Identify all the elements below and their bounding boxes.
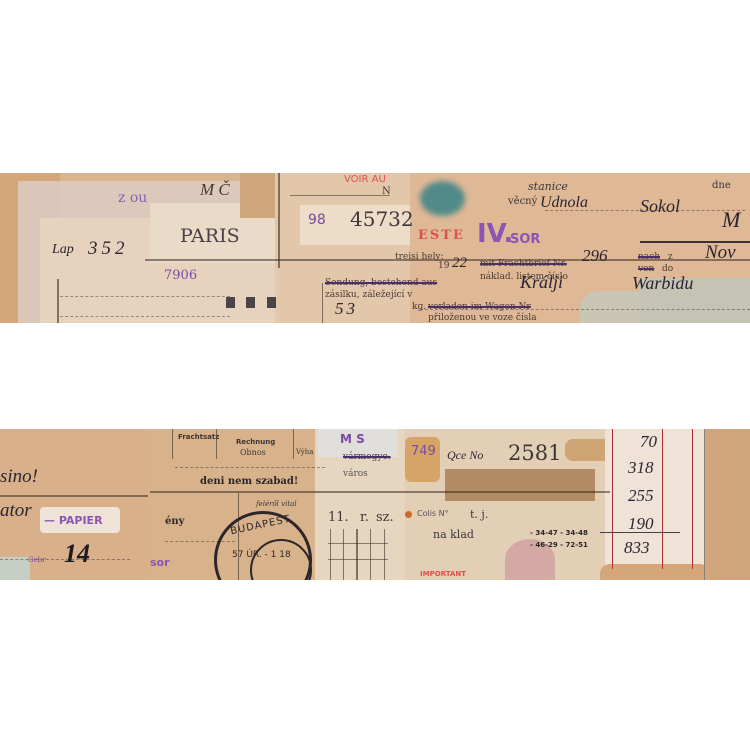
row-number: 11. [328,511,349,524]
dne-label: dne [712,181,731,191]
rule-line [290,195,390,196]
grid-line [356,529,358,580]
papier-label: — PAPIER [44,515,103,526]
grid-line [343,529,344,580]
square-mark [226,297,235,308]
rule-line [293,429,294,459]
paper-scrap [705,429,750,580]
column-header: Výha [296,449,313,456]
sor-stamp: sor [150,557,170,568]
struck-text: nach [638,253,660,262]
dotted-rule [60,316,230,317]
n-mark: N [382,187,391,197]
ledger-value: 255 [628,487,654,504]
violet-number: 7906 [164,269,197,282]
printed-text: přiloženou ve voze čísla [428,314,537,323]
sor-stamp: SOR [510,233,540,246]
ledger-edge [704,429,705,580]
rule-line [150,491,610,493]
grid-line [328,559,388,560]
grid-line [370,529,371,580]
grid-line [330,529,331,580]
ledger-red-line [612,429,613,569]
paper-scrap [240,173,280,218]
printed-text: t. j. [470,509,488,520]
printed-text: z [668,253,673,262]
rule-line [278,173,280,268]
handwritten-lap-number: 352 [88,239,129,258]
printed-text: deni nem szabad! [200,477,298,487]
eyelet-dot [405,511,412,518]
column-header: Obnos [240,449,266,457]
handwritten-text: Sokol [640,197,680,215]
ledger-scrap [605,429,705,580]
number-prefix: 98 [308,213,326,227]
voir-au-text: VOIR AU [344,175,386,185]
printed-text: treisi hely: [395,253,444,262]
printed-text: város [343,470,368,479]
handwritten-number: 14 [64,541,90,567]
row-label: r. [360,511,369,524]
kg-label: kg. [412,303,426,312]
rule-line [57,279,59,323]
handwritten-number: 296 [582,247,608,264]
printed-text: na klad [433,529,474,540]
struck-text: vármegye. [343,453,391,462]
printed-text: feléről vital [256,501,297,508]
handwritten-text: M [722,209,740,231]
ink-blot [420,181,465,216]
handwritten-text: Nov [705,243,736,262]
handwritten-year: 22 [452,256,467,271]
violet-stamp-text: z ou [118,191,147,205]
printed-text: ény [165,517,184,527]
printed-text: Colis N° [417,510,449,518]
ledger-value: 70 [640,433,657,450]
serial-number: 45732 [350,209,414,229]
grid-line [384,529,385,580]
row-label: sz. [376,511,394,524]
postmark-date: 57 ÚR. - 1 18 [232,551,291,560]
ledger-red-line [692,429,693,569]
lap-label: Lap [52,243,74,257]
ledger-total: 833 [624,539,650,556]
roman-iv-stamp: IV. [477,221,513,247]
colis-number: 2581 [508,443,561,464]
struck-text: verladen im Wagen Nr [428,303,531,312]
rule-line [322,283,323,323]
square-mark [267,297,276,308]
phone-numbers-row1: - 34-47 - 34-48 [530,530,588,537]
ledger-value: 190 [628,515,654,532]
grid-line [328,543,388,544]
printed-text: Qce No [447,449,483,461]
printed-text: stanice [528,181,568,192]
year-prefix: 19 [438,262,449,271]
dotted-rule [175,467,325,468]
washi-tape-strip-top: z ou M Č Lap 352 PARIS 7906 VOIR AU N 98… [0,173,750,323]
column-header: Frachtsatz [178,434,219,441]
square-mark [246,297,255,308]
struck-text: Sendung, bestehend aus [325,279,437,288]
printed-text: Gebr [28,557,46,564]
phone-numbers-row2: - 46-29 - 72-51 [530,542,588,549]
important-stamp: IMPORTANT [420,571,466,578]
este-stamp: ESTE [418,229,465,242]
dotted-rule [60,296,230,297]
handwritten-text: ator [0,501,32,520]
handwritten-text: Udnola [540,195,588,211]
rule-line [172,429,173,459]
ledger-value: 318 [628,459,654,476]
printed-text: M Č [200,181,230,198]
column-header: Rechnung [236,439,275,446]
paris-label: PARIS [180,227,240,246]
violet-number: 749 [411,445,436,458]
paper-scrap [600,564,710,580]
printed-text: věcný [508,197,537,207]
grey-green-scrap [0,557,30,580]
violet-stamp-text: M S [340,433,365,445]
rule-line [0,495,148,497]
handwritten-number: 53 [335,300,358,317]
ledger-red-line [662,429,663,569]
washi-tape-strip-bottom: BUDAPEST 57 ÚR. - 1 18 sino! ator — PAPI… [0,429,750,580]
struck-text: mit Frachtbrief Nr. [480,260,567,269]
brown-tape-scrap [445,469,595,501]
handwritten-text: sino! [0,467,38,486]
handwritten-text: Warbidu [632,274,693,292]
handwritten-text: Králji [520,273,563,291]
sum-line [600,532,680,533]
